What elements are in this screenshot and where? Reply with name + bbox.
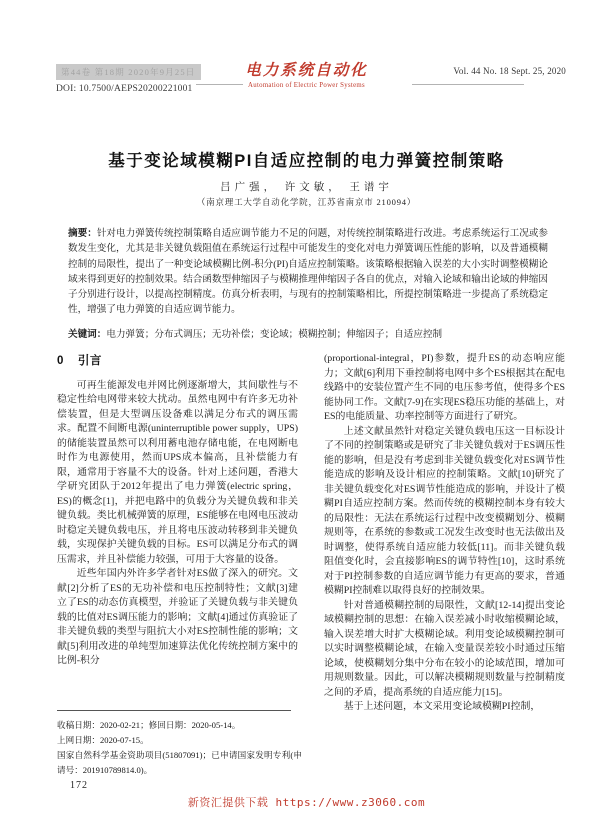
section-number: 0 — [57, 355, 64, 367]
body-columns: 0引言 可再生能源发电并网比例逐渐增大，其间歇性与不稳定性给电网带来较大扰动。虽… — [57, 352, 565, 715]
keywords-paragraph: 关键词：电力弹簧；分布式调压；无功补偿；变论域；模糊控制；伸缩因子；自适应控制 — [68, 327, 548, 342]
authors: 吕广强， 许文敏， 王谱宇 — [0, 179, 613, 194]
page-number: 172 — [70, 780, 88, 791]
section-title: 引言 — [78, 355, 102, 367]
header-rule-left — [196, 84, 243, 85]
body-paragraph: 可再生能源发电并网比例逐渐增大，其间歇性与不稳定性给电网带来较大扰动。虽然电网中… — [57, 379, 298, 568]
abstract-text: 针对电力弹簧传统控制策略自适应调节能力不足的问题，对传统控制策略进行改进。考虑系… — [68, 228, 548, 315]
footnote-divider — [57, 710, 291, 711]
journal-name-cn: 电力系统自动化 — [245, 62, 368, 79]
watermark: 新资汇提供下载 https://www.z3060.com — [0, 794, 613, 810]
abstract-section: 摘要：针对电力弹簧传统控制策略自适应调节能力不足的问题，对传统控制策略进行改进。… — [68, 226, 548, 342]
footnote-line: 收稿日期：2020-02-21；修回日期：2020-05-14。 — [57, 718, 302, 733]
abstract-label: 摘要： — [68, 228, 97, 239]
body-paragraph: 针对普通模糊控制的局限性，文献[12-14]提出变论域模糊控制的思想：在输入误差… — [324, 599, 565, 701]
body-paragraph: 近些年国内外许多学者针对ES做了深入的研究。文献[2]分析了ES的无功补偿和电压… — [57, 567, 298, 669]
right-column: (proportional-integral，PI)参数，提升ES的动态响应能力… — [324, 352, 565, 715]
section-heading-introduction: 0引言 — [57, 354, 298, 369]
paper-title: 基于变论域模糊PI自适应控制的电力弹簧控制策略 — [0, 147, 613, 171]
body-paragraph: 上述文献虽然针对稳定关键负载电压这一目标设计了不同的控制策略或是研究了非关键负载… — [324, 425, 565, 599]
footnote-line: 上网日期：2020-07-15。 — [57, 733, 302, 748]
footnote: 收稿日期：2020-02-21；修回日期：2020-05-14。 上网日期：20… — [57, 710, 302, 778]
affiliation: （南京理工大学自动化学院，江苏省南京市 210094） — [0, 196, 613, 208]
body-paragraph: 基于上述问题，本文采用变论域模糊PI控制， — [324, 700, 565, 715]
abstract-paragraph: 摘要：针对电力弹簧传统控制策略自适应调节能力不足的问题，对传统控制策略进行改进。… — [68, 226, 548, 318]
keywords-text: 电力弹簧；分布式调压；无功补偿；变论域；模糊控制；伸缩因子；自适应控制 — [106, 329, 442, 340]
left-column: 0引言 可再生能源发电并网比例逐渐增大，其间歇性与不稳定性给电网带来较大扰动。虽… — [57, 352, 298, 715]
footnote-line: 国家自然科学基金资助项目(51807091)；已申请国家发明专利(申请号：201… — [57, 748, 302, 778]
paper-page: 第44卷 第18期 2020年9月25日 DOI: 10.7500/AEPS20… — [0, 0, 613, 825]
body-paragraph: (proportional-integral，PI)参数，提升ES的动态响应能力… — [324, 352, 565, 425]
volume-info: Vol. 44 No. 18 Sept. 25, 2020 — [453, 66, 566, 76]
keywords-label: 关键词： — [68, 329, 106, 340]
header-rule-right — [412, 84, 524, 85]
